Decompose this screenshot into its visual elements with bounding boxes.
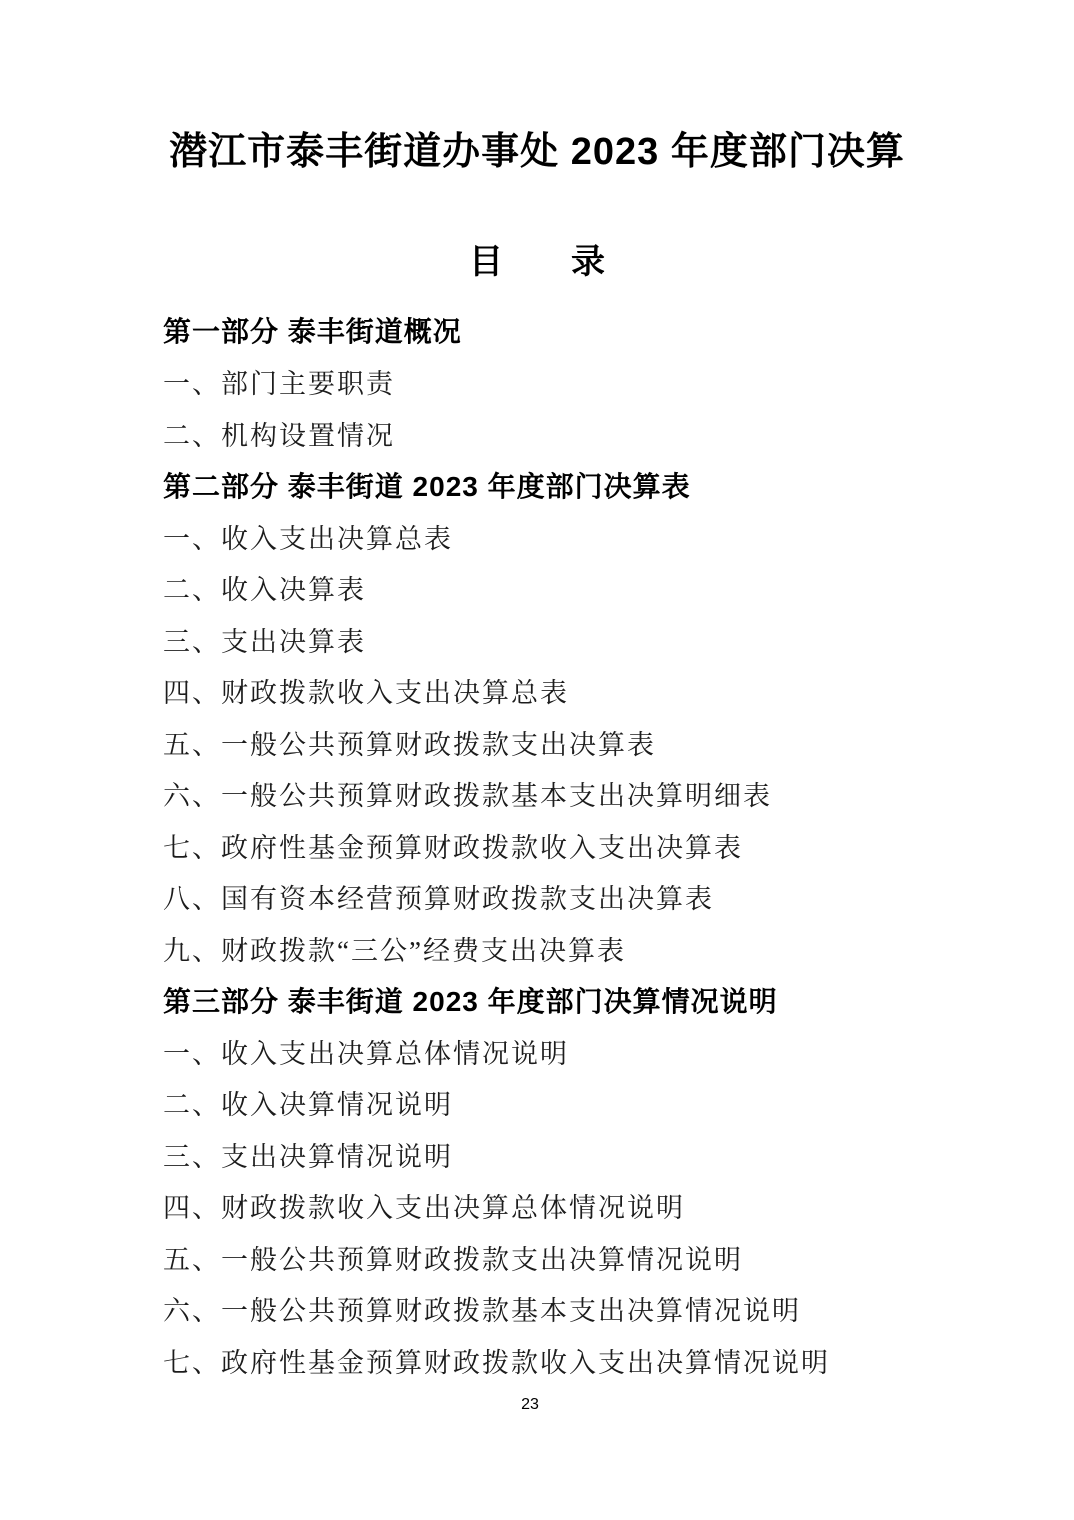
toc-item: 三、支出决算表 [163,613,1014,665]
toc-item: 五、一般公共预算财政拨款支出决算情况说明 [163,1231,1014,1283]
toc-item: 二、收入决算表 [163,562,1014,614]
toc-item: 八、国有资本经营预算财政拨款支出决算表 [163,871,1014,923]
toc-item: 一、收入支出决算总表 [163,510,1014,562]
document-page: 潜江市泰丰街道办事处 2023 年度部门决算 目 录 第一部分 泰丰街道概况 一… [0,0,1074,1520]
toc-item: 六、一般公共预算财政拨款基本支出决算明细表 [163,768,1014,820]
toc-item: 二、机构设置情况 [163,407,1014,459]
toc-item: 九、财政拨款“三公”经费支出决算表 [163,922,1014,974]
toc-item: 六、一般公共预算财政拨款基本支出决算情况说明 [163,1283,1014,1335]
document-title: 潜江市泰丰街道办事处 2023 年度部门决算 [0,0,1074,176]
table-of-contents: 第一部分 泰丰街道概况 一、部门主要职责 二、机构设置情况 第二部分 泰丰街道 … [0,304,1074,1386]
toc-item: 四、财政拨款收入支出决算总体情况说明 [163,1180,1014,1232]
toc-item: 一、部门主要职责 [163,356,1014,408]
toc-section-heading-part3: 第三部分 泰丰街道 2023 年度部门决算情况说明 [163,974,1014,1026]
toc-item: 二、收入决算情况说明 [163,1077,1014,1129]
toc-item: 一、收入支出决算总体情况说明 [163,1025,1014,1077]
page-number: 23 [0,1396,1060,1414]
toc-item: 七、政府性基金预算财政拨款收入支出决算情况说明 [163,1334,1014,1386]
toc-item: 七、政府性基金预算财政拨款收入支出决算表 [163,819,1014,871]
toc-section-heading-part1: 第一部分 泰丰街道概况 [163,304,1014,356]
toc-heading: 目 录 [0,242,1074,283]
toc-item: 三、支出决算情况说明 [163,1128,1014,1180]
toc-item: 四、财政拨款收入支出决算总表 [163,665,1014,717]
toc-item: 五、一般公共预算财政拨款支出决算表 [163,716,1014,768]
toc-section-heading-part2: 第二部分 泰丰街道 2023 年度部门决算表 [163,459,1014,511]
